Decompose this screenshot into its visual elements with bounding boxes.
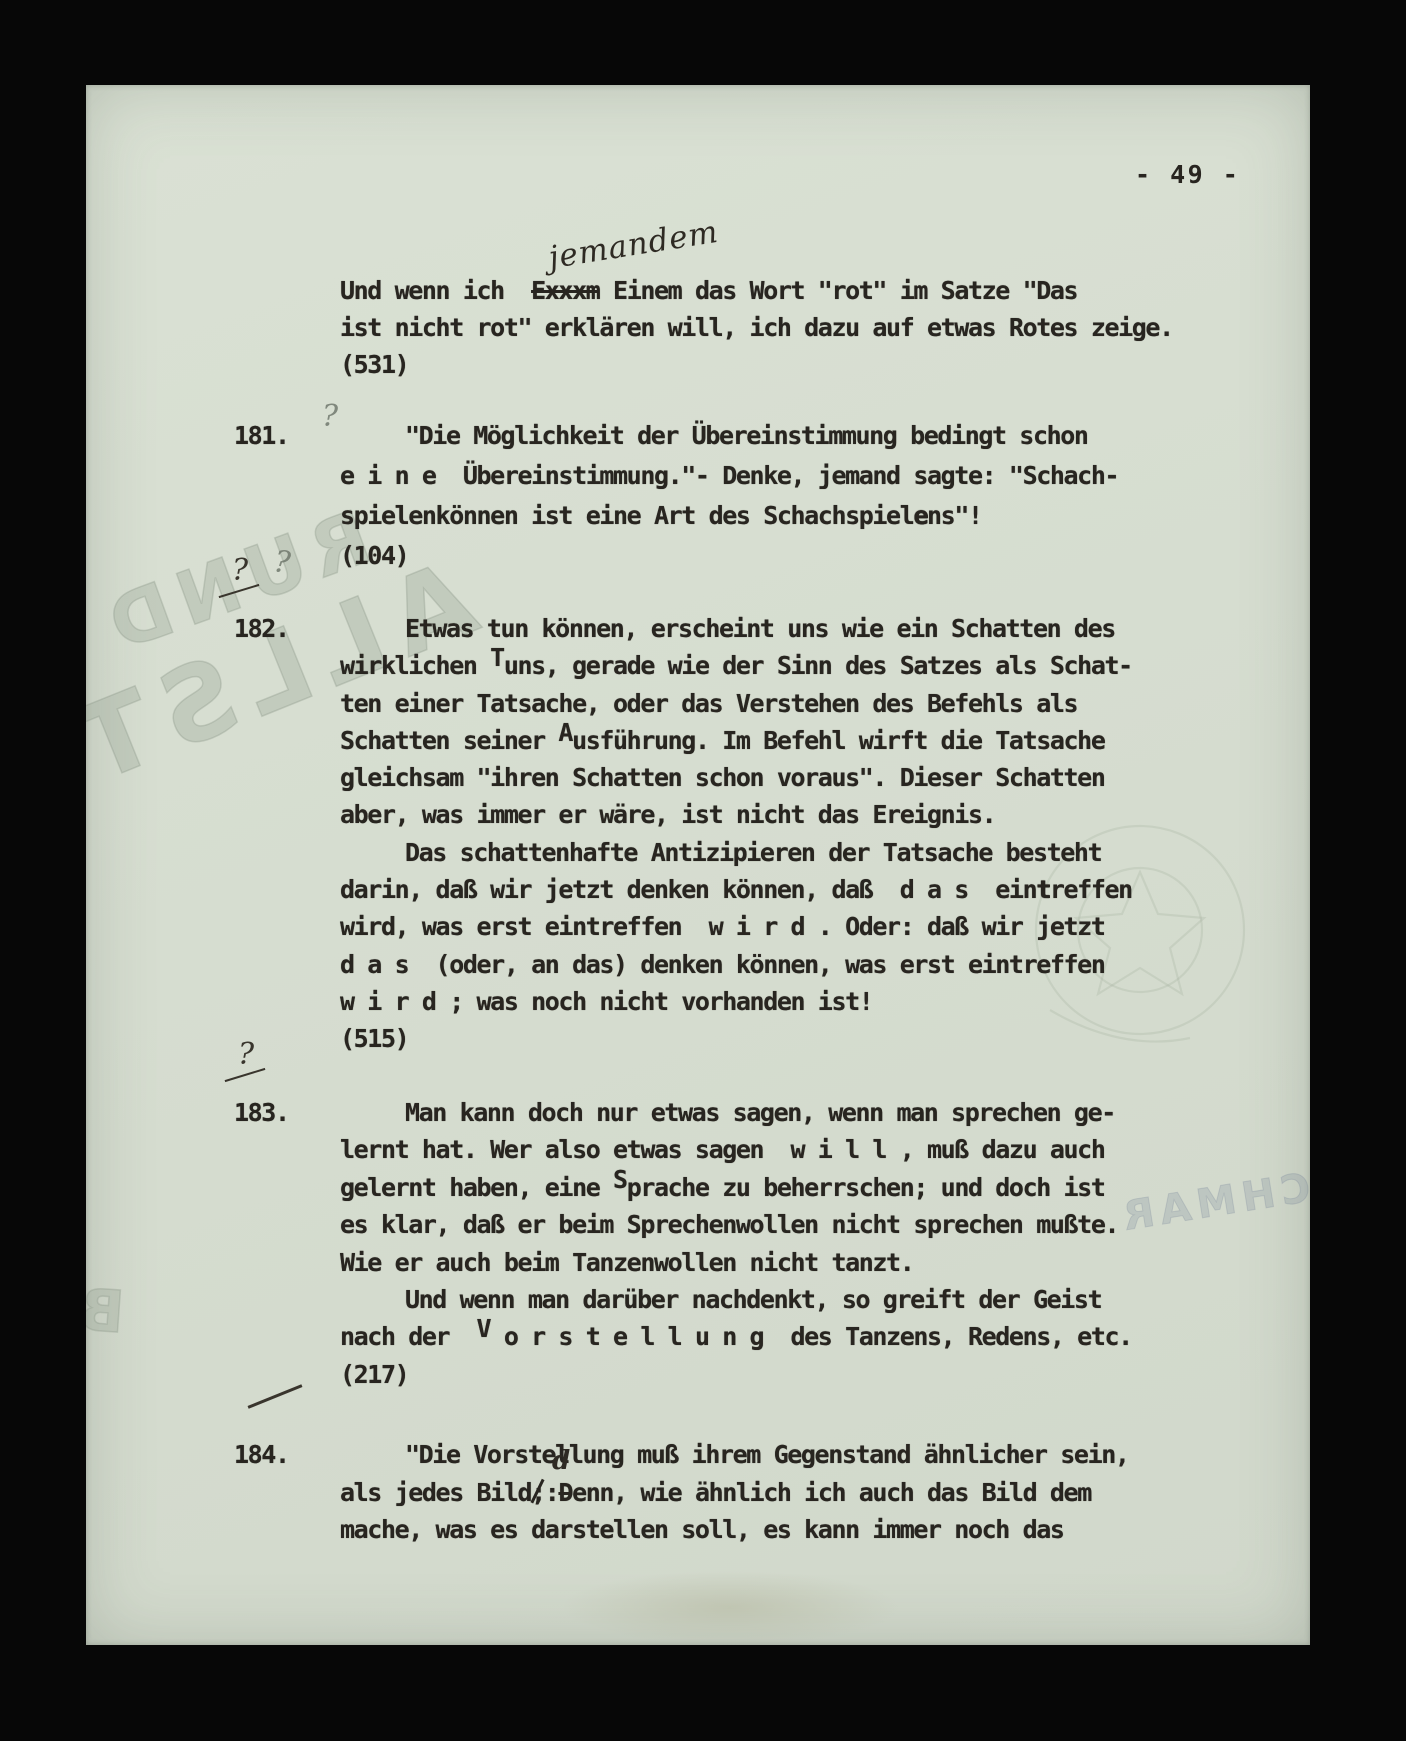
source-reference: (104) [340, 536, 1220, 576]
text-segment: (515) [340, 1024, 408, 1053]
text-segment: usführung. Im Befehl wirft die Tatsache [572, 726, 1104, 755]
text-segment: gleichsam "ihren Schatten schon voraus".… [340, 763, 1104, 792]
text-line: Etwas tun können, erscheint uns wie ein … [340, 610, 1220, 647]
section-181: 181."Die Möglichkeit der Übereinstimmung… [340, 416, 1220, 576]
text-line: e i n e Übereinstimmung."- Denke, jemand… [340, 456, 1220, 496]
text-segment: gelernt haben, eine [340, 1173, 613, 1202]
text-line: Schatten seiner Ausführung. Im Befehl wi… [340, 722, 1220, 759]
text-line: "Die Vorstellung muß ihrem Gegenstand äh… [340, 1436, 1220, 1474]
text-line: nach der V o r s t e l l u n g des Tanze… [340, 1318, 1220, 1355]
text-line: gleichsam "ihren Schatten schon voraus".… [340, 759, 1220, 796]
handwritten-mark: ? [238, 1040, 254, 1070]
text-segment: (531) [340, 350, 408, 379]
section-number: 181. [234, 416, 289, 456]
text-line: Man kann doch nur etwas sagen, wenn man … [340, 1094, 1220, 1131]
text-line: "Die Möglichkeit der Übereinstimmung bed… [340, 416, 1220, 456]
text-segment: als jedes Bild [340, 1478, 531, 1507]
text-segment-strike: Exxxm [531, 276, 599, 305]
text-segment: (217) [340, 1360, 408, 1389]
text-segment-raised: A [558, 718, 572, 747]
text-segment: Und wenn man darüber nachdenkt, so greif… [405, 1285, 1101, 1314]
text-segment: ten einer Tatsache, oder das Verstehen d… [340, 689, 1077, 718]
text-segment: o r s t e l l u n g des Tanzens, Redens,… [490, 1322, 1132, 1351]
scan-frame: { "document": { "page_number": "- 49 -" … [0, 0, 1406, 1741]
handwritten-note: d [552, 1448, 570, 1474]
text-line: Wie er auch beim Tanzenwollen nicht tanz… [340, 1244, 1220, 1281]
text-line: d a s (oder, an das) denken können, was … [340, 946, 1220, 983]
text-segment: spielenkönnen ist eine Art des Schachspi… [340, 501, 913, 530]
source-reference: (217) [340, 1356, 1220, 1393]
section-continuation: Und wenn ich Exxxm Einem das Wort "rot" … [340, 272, 1220, 383]
text-segment-raised: T [490, 643, 504, 672]
section-184: 184."Die Vorstellung muß ihrem Gegenstan… [340, 1436, 1220, 1549]
text-segment-strike: D [558, 1478, 572, 1507]
text-segment: wird, was erst eintreffen w i r d . Oder… [340, 912, 1104, 941]
text-line: w i r d ; was noch nicht vorhanden ist! [340, 983, 1220, 1020]
text-segment: d a s (oder, an das) denken können, was … [340, 950, 1104, 979]
text-segment-slashed: ; [531, 1478, 545, 1507]
paper-stain [560, 1570, 900, 1645]
text-line: ist nicht rot" erklären will, ich dazu a… [340, 309, 1220, 346]
handwritten-note: jemandem [547, 217, 721, 274]
text-segment: mache, was es darstellen soll, es kann i… [340, 1515, 1064, 1544]
section-183: 183.Man kann doch nur etwas sagen, wenn … [340, 1094, 1220, 1393]
text-line: als jedes Bild;:Denn, wie ähnlich ich au… [340, 1474, 1220, 1512]
text-line: mache, was es darstellen soll, es kann i… [340, 1511, 1220, 1549]
paper: RUND ALLST B RITSCHMAR - 49 - Und wenn i… [86, 85, 1310, 1645]
text-segment: "Die Vorstellung muß ihrem Gegenstand äh… [405, 1440, 1129, 1469]
section-number: 184. [234, 1436, 289, 1474]
handwritten-mark: ? [322, 402, 338, 432]
text-line: wird, was erst eintreffen w i r d . Oder… [340, 908, 1220, 945]
text-segment: Und wenn ich [340, 276, 531, 305]
section-number: 182. [234, 610, 289, 647]
text-line: lernt hat. Wer also etwas sagen w i l l … [340, 1131, 1220, 1168]
text-line: darin, daß wir jetzt denken können, daß … [340, 871, 1220, 908]
text-line: Und wenn man darüber nachdenkt, so greif… [340, 1281, 1220, 1318]
text-segment: Schatten seiner [340, 726, 558, 755]
text-line: aber, was immer er wäre, ist nicht das E… [340, 796, 1220, 833]
text-segment: w i r d ; was noch nicht vorhanden ist! [340, 987, 872, 1016]
text-segment: prache zu beherrschen; und doch ist [627, 1173, 1105, 1202]
page-number: - 49 - [1135, 160, 1240, 189]
text-segment: wirklichen [340, 651, 490, 680]
text-segment: nach der [340, 1322, 477, 1351]
text-segment: Das schattenhafte Antizipieren der Tatsa… [405, 838, 1101, 867]
section-number: 183. [234, 1094, 289, 1131]
text-segment: Etwas tun können, erscheint uns wie ein … [405, 614, 1115, 643]
text-segment-raised: S [613, 1165, 627, 1194]
text-segment: reffen [1050, 875, 1132, 904]
text-line: ten einer Tatsache, oder das Verstehen d… [340, 685, 1220, 722]
text-segment: e i n e Übereinstimmung."- Denke, jemand… [340, 461, 1118, 490]
text-segment-over: e [913, 501, 927, 530]
text-segment: uns, gerade wie der Sinn des Satzes als … [504, 651, 1132, 680]
text-segment: darin, daß wir jetzt denken können, daß … [340, 875, 1036, 904]
text-segment-over: t [1036, 875, 1050, 904]
text-segment: ns"! [927, 501, 982, 530]
text-segment: Man kann doch nur etwas sagen, wenn man … [405, 1098, 1115, 1127]
text-segment: Einem das Wort "rot" im Satze "Das [599, 276, 1077, 305]
source-reference: (515) [340, 1020, 1220, 1057]
text-segment: enn, wie ähnlich ich auch das Bild dem [572, 1478, 1091, 1507]
section-182: 182.Etwas tun können, erscheint uns wie … [340, 610, 1220, 1058]
text-segment: es klar, daß er beim Sprechenwollen nich… [340, 1210, 1118, 1239]
text-line: wirklichen Tuns, gerade wie der Sinn des… [340, 647, 1220, 684]
ghost-bleedthrough-text: B [86, 1276, 127, 1347]
text-segment: (104) [340, 541, 408, 570]
text-segment: "Die Möglichkeit der Übereinstimmung bed… [405, 421, 1088, 450]
text-line: spielenkönnen ist eine Art des Schachspi… [340, 496, 1220, 536]
handwritten-mark: ? [232, 556, 248, 586]
text-segment: ist nicht rot" erklären will, ich dazu a… [340, 313, 1173, 342]
text-segment: : [545, 1478, 559, 1507]
source-reference: (531) [340, 346, 1220, 383]
text-segment: lernt hat. Wer also etwas sagen w i l l … [340, 1135, 1104, 1164]
handwritten-mark: ? [272, 547, 292, 579]
text-segment: aber, was immer er wäre, ist nicht das E… [340, 800, 995, 829]
text-segment: Wie er auch beim Tanzenwollen nicht tanz… [340, 1248, 913, 1277]
text-line: Und wenn ich Exxxm Einem das Wort "rot" … [340, 272, 1220, 309]
text-line: es klar, daß er beim Sprechenwollen nich… [340, 1206, 1220, 1243]
text-line: gelernt haben, eine Sprache zu beherrsch… [340, 1169, 1220, 1206]
text-line: Das schattenhafte Antizipieren der Tatsa… [340, 834, 1220, 871]
text-segment-raised: V [477, 1314, 491, 1343]
